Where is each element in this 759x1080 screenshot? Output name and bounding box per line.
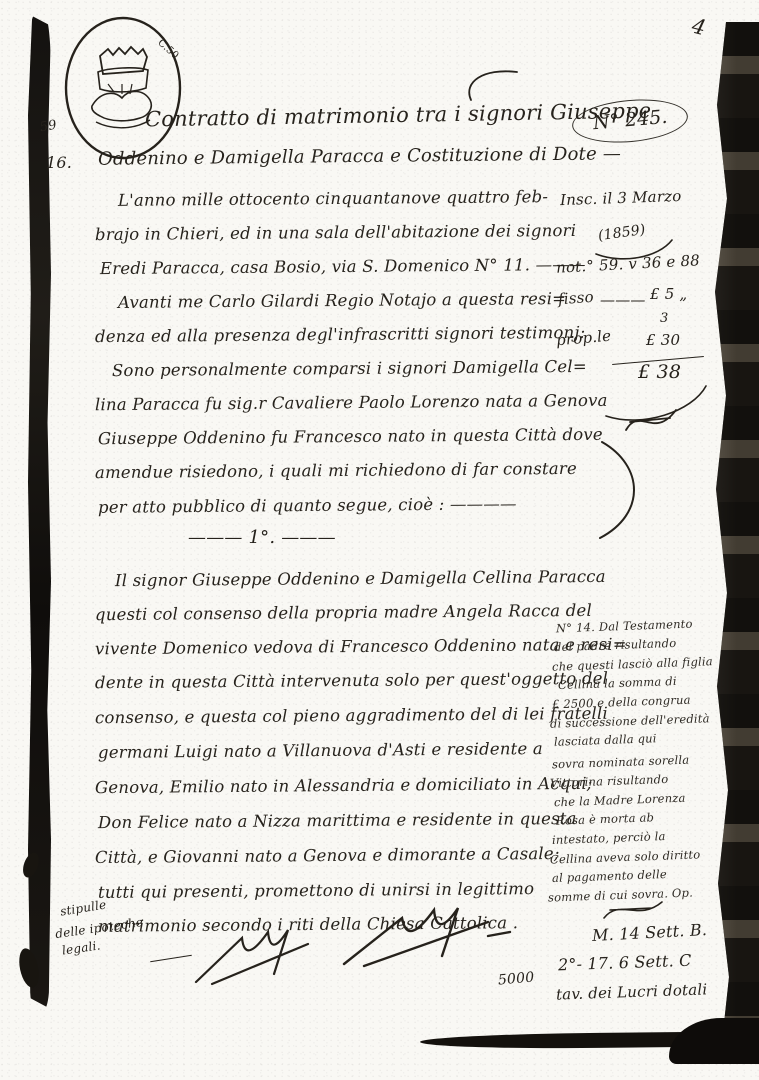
body-line: germani Luigi nato a Villanuova d'Asti e… <box>98 740 543 762</box>
body-line: L'anno mille ottocento cinquantanove qua… <box>118 188 548 210</box>
fee-prop-amount: £ 30 <box>646 332 680 349</box>
footer-amount: 5000 <box>497 970 535 989</box>
signature-flourish-icon <box>190 922 340 988</box>
fee-carry: 3 <box>660 312 668 326</box>
fee-dash: ——— <box>600 292 646 309</box>
margin-flourish-icon <box>594 438 649 544</box>
margin-number-59: 59 <box>39 119 58 136</box>
body-line: tutti qui presenti, promettono di unirsi… <box>98 880 534 902</box>
margin-number-16: 16. <box>46 154 72 172</box>
notarial-stamp-icon: C.50 <box>62 14 184 162</box>
fee-total: £ 38 <box>638 362 681 383</box>
fee-fisso-amount: £ 5 „ <box>650 286 687 303</box>
inscription-date: Insc. il 3 Marzo <box>560 188 682 209</box>
signature-flourish-icon <box>338 902 518 972</box>
paraph-icon <box>620 402 684 438</box>
section-divider: ——— 1°. ——— <box>188 528 336 548</box>
paraph-icon <box>598 896 668 924</box>
body-line: per atto pubblico di quanto segue, cioè … <box>98 495 517 517</box>
